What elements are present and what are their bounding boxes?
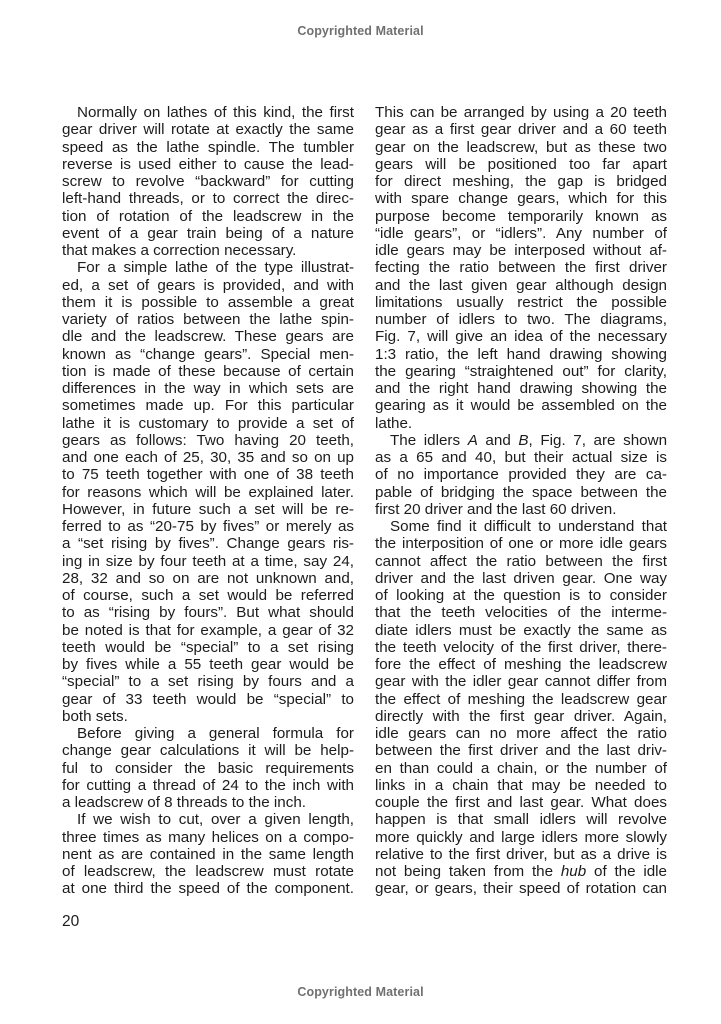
text-line: the interposition of one or more idle ge… xyxy=(375,535,667,552)
text-line: first 20 driver and the last 60 driven. xyxy=(375,501,667,518)
text-line: The idlers A and B, Fig. 7, are shown xyxy=(375,432,667,449)
text-line: ing in size by four teeth at a time, say… xyxy=(62,553,354,570)
text-line: screw to revolve “backward” for cutting xyxy=(62,173,354,190)
text-line: of looking at the question is to conside… xyxy=(375,587,667,604)
text-line: at one third the speed of the component. xyxy=(62,880,354,897)
page-number: 20 xyxy=(62,913,79,931)
text-line: of leadscrew, the leadscrew must rotate xyxy=(62,863,354,880)
text-line: relative to the first driver, but as a d… xyxy=(375,846,667,863)
text-line: that makes a correction necessary. xyxy=(62,242,354,259)
italic-text: hub xyxy=(561,863,586,880)
text-line: However, in future such a set will be re… xyxy=(62,501,354,518)
text-line: with spare change gears, which for this xyxy=(375,190,667,207)
text-segment: The idlers xyxy=(390,432,468,449)
text-line: gear of 33 teeth would be “special” to xyxy=(62,691,354,708)
text-line: gearing as it would be assembled on the xyxy=(375,397,667,414)
text-line: for direct meshing, the gap is bridged xyxy=(375,173,667,190)
text-line: them it is possible to assemble a great xyxy=(62,294,354,311)
text-line: ferred to as “20-75 by fives” or merely … xyxy=(62,518,354,535)
text-line: teeth would be “special” to a set rising xyxy=(62,639,354,656)
text-line: driver and the last driven gear. One way xyxy=(375,570,667,587)
text-line: 1:3 ratio, the left hand drawing showing xyxy=(375,346,667,363)
text-line: idle gears can no more affect the ratio xyxy=(375,725,667,742)
text-line: tion of rotation of the leadscrew in the xyxy=(62,208,354,225)
text-line: 28, 32 and so on are not unknown and, xyxy=(62,570,354,587)
text-line: both sets. xyxy=(62,708,354,725)
text-line: gear with the idler gear cannot differ f… xyxy=(375,673,667,690)
text-line: en than could a chain, or the number of xyxy=(375,760,667,777)
text-line: gear as a first gear driver and a 60 tee… xyxy=(375,121,667,138)
italic-text: A xyxy=(468,432,478,449)
text-line: happen is that small idlers will revolve xyxy=(375,811,667,828)
text-line: “special” to a set rising by fours and a xyxy=(62,673,354,690)
text-line: sometimes made up. For this particular xyxy=(62,397,354,414)
text-line: pable of bridging the space between the xyxy=(375,484,667,501)
text-line: lathe it is customary to provide a set o… xyxy=(62,415,354,432)
text-line: fore the effect of meshing the leadscrew xyxy=(375,656,667,673)
text-line: dle and the leadscrew. These gears are xyxy=(62,328,354,345)
text-line: gear driver will rotate at exactly the s… xyxy=(62,121,354,138)
text-line: ed, a set of gears is provided, and with xyxy=(62,277,354,294)
text-segment: , Fig. 7, are shown xyxy=(529,432,667,449)
italic-text: B xyxy=(518,432,528,449)
text-line: purpose become temporarily known as xyxy=(375,208,667,225)
text-line: variety of ratios between the lathe spin… xyxy=(62,311,354,328)
text-line: event of a gear train being of a nature xyxy=(62,225,354,242)
text-line: to as “rising by fours”. But what should xyxy=(62,604,354,621)
text-line: For a simple lathe of the type illustrat… xyxy=(62,259,354,276)
text-line: lathe. xyxy=(375,415,667,432)
text-line: for cutting a thread of 24 to the inch w… xyxy=(62,777,354,794)
text-line: known as “change gears”. Special men- xyxy=(62,346,354,363)
text-line: number of idlers to two. The diagrams, xyxy=(375,311,667,328)
text-segment: not being taken from the xyxy=(375,863,561,880)
text-line: idle gears may be interposed without af- xyxy=(375,242,667,259)
text-line: gear, or gears, their speed of rotation … xyxy=(375,880,667,897)
text-line: and the right hand drawing showing the xyxy=(375,380,667,397)
text-line: as a 65 and 40, but their actual size is xyxy=(375,449,667,466)
text-line: the effect of meshing the leadscrew gear xyxy=(375,691,667,708)
text-line: tion is made of these because of certain xyxy=(62,363,354,380)
text-line: to 75 teeth together with one of 38 teet… xyxy=(62,466,354,483)
text-line: and the last given gear although design xyxy=(375,277,667,294)
text-line: This can be arranged by using a 20 teeth xyxy=(375,104,667,121)
text-segment: and xyxy=(478,432,519,449)
text-line: left-hand threads, or to correct the dir… xyxy=(62,190,354,207)
text-line: Before giving a general formula for xyxy=(62,725,354,742)
text-line: nent as are contained in the same length xyxy=(62,846,354,863)
text-line: a “set rising by fives”. Change gears ri… xyxy=(62,535,354,552)
text-line: and one each of 25, 30, 35 and so on up xyxy=(62,449,354,466)
text-line: cannot affect the ratio between the firs… xyxy=(375,553,667,570)
text-line: that the teeth velocities of the interme… xyxy=(375,604,667,621)
text-segment: of the idle xyxy=(586,863,667,880)
text-line: gears as follows: Two having 20 teeth, xyxy=(62,432,354,449)
text-line: reverse is used either to cause the lead… xyxy=(62,156,354,173)
text-line: fecting the ratio between the first driv… xyxy=(375,259,667,276)
text-line: the gearing “straightened out” for clari… xyxy=(375,363,667,380)
text-line: If we wish to cut, over a given length, xyxy=(62,811,354,828)
text-line: not being taken from the hub of the idle xyxy=(375,863,667,880)
text-line: couple the first and last gear. What doe… xyxy=(375,794,667,811)
text-line: differences in the way in which sets are xyxy=(62,380,354,397)
text-line: links in a chain that may be needed to xyxy=(375,777,667,794)
text-line: limitations usually restrict the possibl… xyxy=(375,294,667,311)
text-line: ful to consider the basic requirements xyxy=(62,760,354,777)
copyright-watermark-bottom: Copyrighted Material xyxy=(0,985,721,999)
text-line: Fig. 7, will give an idea of the necessa… xyxy=(375,328,667,345)
text-line: change gear calculations it will be help… xyxy=(62,742,354,759)
text-line: a leadscrew of 8 threads to the inch. xyxy=(62,794,354,811)
text-line: three times as many helices on a compo- xyxy=(62,829,354,846)
text-column-right: This can be arranged by using a 20 teeth… xyxy=(375,104,667,898)
text-line: be noted is that for example, a gear of … xyxy=(62,622,354,639)
text-line: Normally on lathes of this kind, the fir… xyxy=(62,104,354,121)
text-line: the teeth velocity of the first driver, … xyxy=(375,639,667,656)
text-line: for reasons which will be explained late… xyxy=(62,484,354,501)
text-line: of no importance provided they are ca- xyxy=(375,466,667,483)
text-line: directly with the first gear driver. Aga… xyxy=(375,708,667,725)
text-line: gears will be positioned too far apart xyxy=(375,156,667,173)
text-column-left: Normally on lathes of this kind, the fir… xyxy=(62,104,354,898)
text-line: of course, such a set would be referred xyxy=(62,587,354,604)
text-line: speed as the lathe spindle. The tumbler xyxy=(62,139,354,156)
text-line: “idle gears”, or “idlers”. Any number of xyxy=(375,225,667,242)
text-line: by fives while a 55 teeth gear would be xyxy=(62,656,354,673)
text-line: Some find it difficult to understand tha… xyxy=(375,518,667,535)
text-line: more quickly and large idlers more slowl… xyxy=(375,829,667,846)
text-line: gear on the leadscrew, but as these two xyxy=(375,139,667,156)
copyright-watermark-top: Copyrighted Material xyxy=(0,24,721,38)
text-line: between the first driver and the last dr… xyxy=(375,742,667,759)
text-line: diate idlers must be exactly the same as xyxy=(375,622,667,639)
